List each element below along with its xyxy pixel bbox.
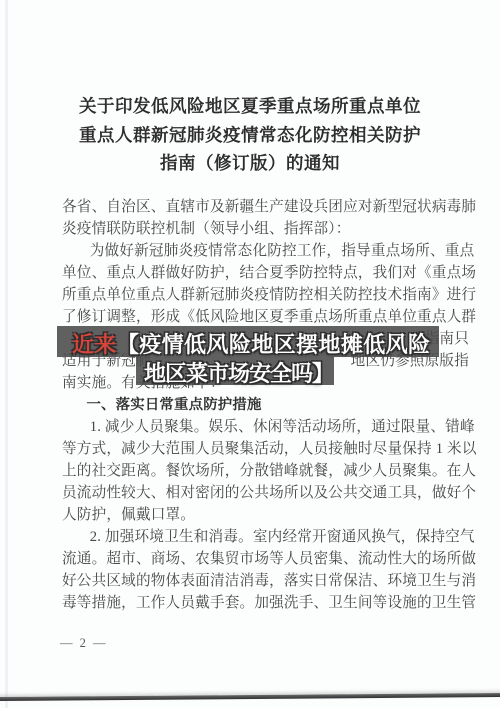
- document-title: 关于印发低风险地区夏季重点场所重点单位 重点人群新冠肺炎疫情常态化防控相关防护 …: [40, 92, 460, 178]
- item1-line: 员流动性较大、相对密闭的公共场所以及公共交通工具，做好个: [62, 482, 469, 504]
- scan-bottom-edge-line: [0, 693, 500, 700]
- intro-line: 单位、重点人群做好防护，结合夏季防控特点，我们对《重点场: [62, 262, 469, 284]
- scan-left-edge: [5, 0, 8, 708]
- subtitle-line-1: 近来【疫情低风险地区摆地摊低风险: [72, 328, 430, 359]
- item1-line: 等方式，减少大范围人员聚集活动，人员接触时尽量保持 1 米以: [62, 438, 469, 460]
- salutation-line: 炎疫情联防联控机制（领导小组、指挥部）：: [62, 218, 469, 240]
- item2-line: 流通。超市、商场、农集贸市场等人员密集、流动性大的场所做: [62, 548, 469, 570]
- item1-line: 1. 减少人员聚集。娱乐、休闲等活动场所，通过限量、错峰: [62, 416, 469, 438]
- item2-line: 2. 加强环境卫生和消毒。室内经常开窗通风换气，保持空气: [62, 526, 469, 548]
- title-line-2: 重点人群新冠肺炎疫情常态化防控相关防护: [40, 121, 460, 150]
- title-line-1: 关于印发低风险地区夏季重点场所重点单位: [40, 92, 460, 121]
- page-number: — 2 —: [60, 636, 108, 651]
- intro-line: 了修订调整，形成《低风险地区夏季重点场所重点单位重点人群: [62, 306, 469, 328]
- section-heading: 一、落实日常重点防护措施: [62, 394, 469, 416]
- subtitle-line-2: 地区菜市场安全吗】: [144, 357, 333, 388]
- intro-line: 为做好新冠肺炎疫情常态化防控工作，指导重点场所、重点: [62, 240, 469, 262]
- title-line-3: 指南（修订版）的通知: [40, 149, 460, 178]
- subtitle-line-1-text: 【疫情低风险地区摆地摊低风险: [117, 332, 431, 357]
- intro-line: 所重点单位重点人群新冠肺炎疫情防控相关防控技术指南》进行: [62, 284, 469, 306]
- item1-line: 上的社交距离。餐饮场所，分散错峰就餐，减少人员聚集。在人: [62, 460, 469, 482]
- salutation-line: 各省、自治区、直辖市及新疆生产建设兵团应对新型冠状病毒肺: [62, 196, 469, 218]
- scanned-document-page: 关于印发低风险地区夏季重点场所重点单位 重点人群新冠肺炎疫情常态化防控相关防护 …: [0, 0, 500, 708]
- item1-line: 人防护，佩戴口罩。: [62, 504, 469, 526]
- document-body: 各省、自治区、直辖市及新疆生产建设兵团应对新型冠状病毒肺 炎疫情联防联控机制（领…: [62, 196, 469, 614]
- item2-line: 毒等措施，工作人员戴手套。加强洗手、卫生间等设施的卫生管: [62, 592, 469, 614]
- subtitle-prefix: 近来: [72, 332, 117, 357]
- item2-line: 好公共区域的物体表面清洁消毒，落实日常保洁、环境卫生与消: [62, 570, 469, 592]
